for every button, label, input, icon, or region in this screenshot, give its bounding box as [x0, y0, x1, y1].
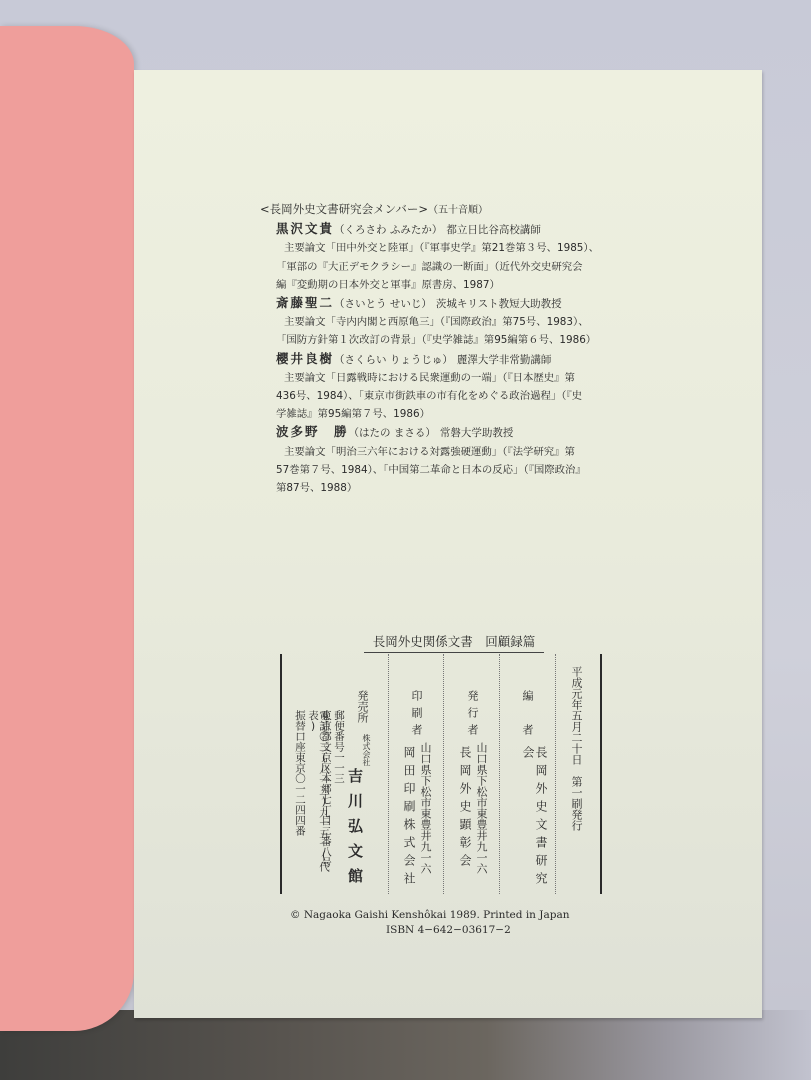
colophon-right-rule	[600, 654, 602, 894]
member-entry: 波多野 勝（はたの まさる）常磐大学助教授 主要論文「明治三六年における対露強硬…	[260, 423, 630, 497]
member-name-line: 斎藤聖二（さいとう せいじ）茨城キリスト教短大助教授	[260, 294, 630, 313]
editor-label: 編 者	[521, 690, 534, 741]
postal-code: 郵便番号一一三	[333, 710, 344, 784]
colophon-left-rule	[280, 654, 282, 894]
publisher-name: 長岡外史顕彰会	[458, 746, 471, 872]
works-line: 主要論文「寺内内閣と西原亀三」（『国際政治』第75号、1983）、	[284, 316, 589, 328]
member-reading: （さくらい りょうじゅ）	[334, 354, 453, 366]
member-entry: 黒沢文貴（くろさわ ふみたか）都立日比谷高校講師 主要論文「田中外交と陸軍」（『…	[260, 220, 630, 294]
members-header-title: <長岡外史文書研究会メンバー>	[260, 202, 428, 216]
colophon-box: 平成元年五月二十日 第一刷発行 編 者 長岡外史文書研究会 発行者 山口県下松市…	[280, 654, 603, 894]
member-works: 主要論文「明治三六年における対露強硬運動」（『法学研究』第 57巻第７号、198…	[260, 443, 630, 498]
distributor-corp-type: 株式会社	[362, 734, 371, 766]
copyright-line: © Nagaoka Gaishi Kenshôkai 1989. Printed…	[290, 909, 570, 921]
works-line: 「軍部の『大正デモクラシー』認識の一断面」（近代外交史研究会	[276, 258, 630, 276]
printer-name: 岡田印刷株式会社	[402, 746, 415, 890]
member-works: 主要論文「田中外交と陸軍」（『軍事史学』第21巻第３号、1985）、 「軍部の『…	[260, 239, 630, 294]
member-works: 主要論文「日露戦時における民衆運動の一端」（『日本歴史』第 436号、1984）…	[260, 369, 630, 424]
member-name-line: 波多野 勝（はたの まさる）常磐大学助教授	[260, 423, 630, 442]
member-affiliation: 麗澤大学非常勤講師	[457, 354, 552, 366]
book-cover-pink	[0, 26, 134, 1031]
copyright-block: © Nagaoka Gaishi Kenshôkai 1989. Printed…	[290, 908, 600, 938]
distributor-name: 吉川弘文館	[348, 768, 361, 893]
member-affiliation: 都立日比谷高校講師	[446, 224, 541, 236]
member-name-line: 櫻井良樹（さくらい りょうじゅ）麗澤大学非常勤講師	[260, 350, 630, 369]
member-affiliation: 茨城キリスト教短大助教授	[436, 298, 562, 310]
members-section: <長岡外史文書研究会メンバー>（五十音順） 黒沢文貴（くろさわ ふみたか）都立日…	[260, 200, 630, 497]
transfer-account: 振替口座東京〇一二四四番	[294, 710, 305, 836]
series-title: 長岡外史関係文書 回顧録篇	[364, 632, 544, 653]
printer-address: 山口県下松市東豊井九一六	[419, 742, 431, 874]
member-reading: （くろさわ ふみたか）	[334, 224, 442, 236]
publisher-label: 発行者	[466, 690, 479, 741]
editor-name: 長岡外史文書研究会	[521, 746, 547, 894]
phone-number: 電話〇三(八一三)九一五一(代表)	[307, 710, 329, 894]
member-works: 主要論文「寺内内閣と西原亀三」（『国際政治』第75号、1983）、 「国防方針第…	[260, 313, 630, 349]
isbn: ISBN 4−642−03617−2	[290, 923, 600, 938]
colophon-divider	[555, 654, 556, 894]
print-date: 平成元年五月二十日 第一刷発行	[570, 666, 583, 831]
works-line: 主要論文「田中外交と陸軍」（『軍事史学』第21巻第３号、1985）、	[284, 242, 599, 254]
member-reading: （さいとう せいじ）	[334, 298, 432, 310]
member-name: 黒沢文貴	[276, 221, 334, 236]
works-line: 編『変動期の日本外交と軍事』原書房、1987）	[276, 276, 630, 294]
members-header-note: （五十音順）	[428, 205, 488, 216]
member-entry: 櫻井良樹（さくらい りょうじゅ）麗澤大学非常勤講師 主要論文「日露戦時における民…	[260, 350, 630, 424]
table-shadow	[0, 1010, 811, 1080]
member-name-line: 黒沢文貴（くろさわ ふみたか）都立日比谷高校講師	[260, 220, 630, 239]
member-reading: （はたの まさる）	[349, 427, 436, 439]
distributor-label: 発売所	[356, 690, 369, 723]
colophon-divider	[388, 654, 389, 894]
member-name: 櫻井良樹	[276, 351, 334, 366]
works-line: 主要論文「日露戦時における民衆運動の一端」（『日本歴史』第	[284, 372, 575, 384]
works-line: 学雑誌』第95編第７号、1986）	[276, 405, 630, 423]
members-header: <長岡外史文書研究会メンバー>（五十音順）	[260, 200, 630, 220]
works-line: 主要論文「明治三六年における対露強硬運動」（『法学研究』第	[284, 446, 575, 458]
works-line: 57巻第７号、1984）、「中国第二革命と日本の反応」（『国際政治』	[276, 461, 630, 479]
member-name: 斎藤聖二	[276, 295, 334, 310]
works-line: 436号、1984）、「東京市街鉄車の市有化をめぐる政治過程」（『史	[276, 387, 630, 405]
printer-label: 印刷者	[410, 690, 423, 741]
publisher-address: 山口県下松市東豊井九一六	[475, 742, 487, 874]
member-entry: 斎藤聖二（さいとう せいじ）茨城キリスト教短大助教授 主要論文「寺内内閣と西原亀…	[260, 294, 630, 350]
member-affiliation: 常磐大学助教授	[440, 427, 514, 439]
colophon-divider	[443, 654, 444, 894]
works-line: 第87号、1988）	[276, 479, 630, 497]
colophon-divider	[499, 654, 500, 894]
works-line: 「国防方針第１次改訂の背景」（『史学雑誌』第95編第６号、1986）	[276, 331, 630, 349]
member-name: 波多野 勝	[276, 424, 349, 439]
